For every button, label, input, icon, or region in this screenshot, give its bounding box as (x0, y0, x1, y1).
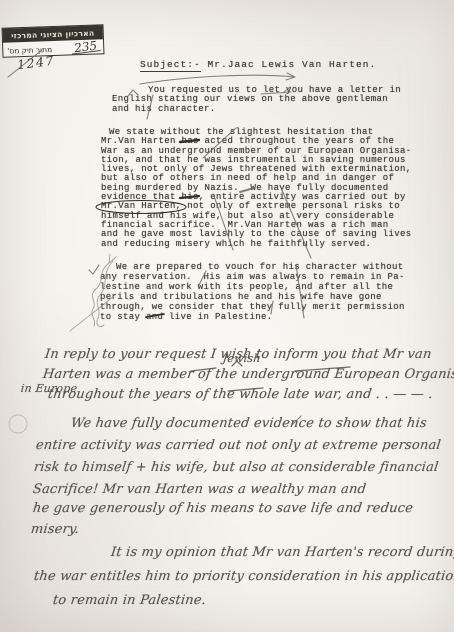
handwritten-line: entire activity was carried out not only… (35, 438, 442, 453)
stamp-file-number: 235 (71, 40, 101, 54)
handwritten-line: misery. (30, 522, 80, 537)
handwritten-line: to remain in Palestine. (52, 593, 207, 608)
handwritten-line: he gave generously of his means to save … (32, 501, 414, 516)
subject-name: Mr.Jaac Lewis Van Harten. (201, 59, 377, 70)
handwritten-line: Sacrifice! Mr van Harten was a wealthy m… (32, 482, 367, 497)
handwritten-insertion-jewish: Jewish (222, 352, 261, 365)
subject-line: Subject:- Mr.Jaac Lewis Van Harten. (140, 60, 376, 69)
scanned-letter-page: הארכיון הציוני המרכזי מתוך תיק מס' 235 1… (0, 0, 454, 632)
pencil-arrow (140, 73, 295, 84)
handwritten-line: the war entitles him to priority conside… (33, 569, 454, 584)
pencil-tick-para3 (89, 265, 99, 274)
handwritten-insertion-in-europe: in Europe (20, 382, 78, 395)
handwritten-line: throughout the years of the whole late w… (47, 387, 434, 402)
typed-paragraph-1: You requested us to let you have a lette… (112, 86, 401, 114)
handwritten-line: It is my opinion that Mr van Harten's re… (110, 545, 454, 560)
typed-paragraph-3: We are prepared to vouch for his charact… (100, 262, 405, 322)
handwritten-line: risk to himself + his wife, but also at … (33, 460, 439, 475)
handwritten-line: Harten was a member of the underground E… (42, 367, 454, 382)
faint-circle-mark (9, 415, 27, 433)
handwritten-line: We have fully documented evidence to sho… (70, 416, 428, 431)
subject-label: Subject:- (140, 59, 201, 72)
catalog-number: 1247 (16, 53, 55, 72)
typed-paragraph-2: We state without the slightest hesitatio… (101, 128, 412, 249)
